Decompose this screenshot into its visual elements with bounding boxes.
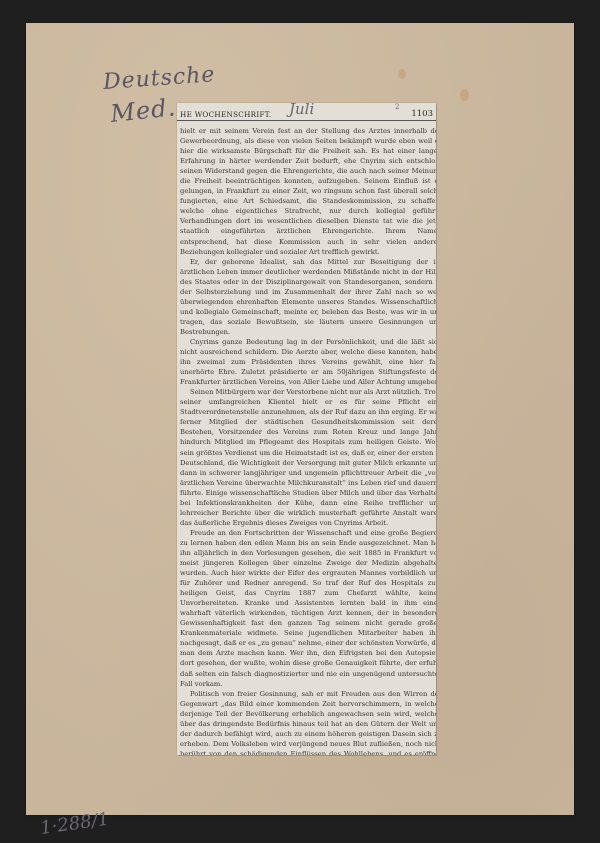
handwritten-source-line2: Med. (109, 93, 177, 128)
stain-mark (398, 69, 406, 79)
newspaper-clipping: HE WOCHENSCHRIFT. Juli 2 1103 hielt er m… (177, 103, 436, 755)
paragraph: Freude an den Fortschritten der Wissensc… (180, 528, 436, 689)
paragraph: Politisch von freier Gesinnung, sah er m… (180, 689, 436, 755)
stain-mark (460, 89, 469, 101)
handwritten-catalog-number: 1·288/1 (39, 809, 110, 839)
running-title: HE WOCHENSCHRIFT. (180, 110, 271, 119)
handwritten-month: Juli (289, 103, 314, 118)
paragraph: Er, der geborene Idealist, sah das Mitte… (180, 257, 436, 337)
paragraph: hielt er mit seinem Verein fest an der S… (180, 126, 436, 257)
handwritten-day: 2 (395, 103, 399, 111)
paragraph: Seinen Mitbürgern war der Verstorbene ni… (180, 387, 436, 528)
page-number: 1103 (411, 109, 433, 119)
article-body: hielt er mit seinem Verein fest an der S… (180, 126, 436, 755)
clipping-header: HE WOCHENSCHRIFT. Juli 2 1103 (177, 103, 436, 121)
handwritten-source-line1: Deutsche (102, 62, 216, 95)
paragraph: Cnyrims ganze Bedeutung lag in der Persö… (180, 337, 436, 387)
